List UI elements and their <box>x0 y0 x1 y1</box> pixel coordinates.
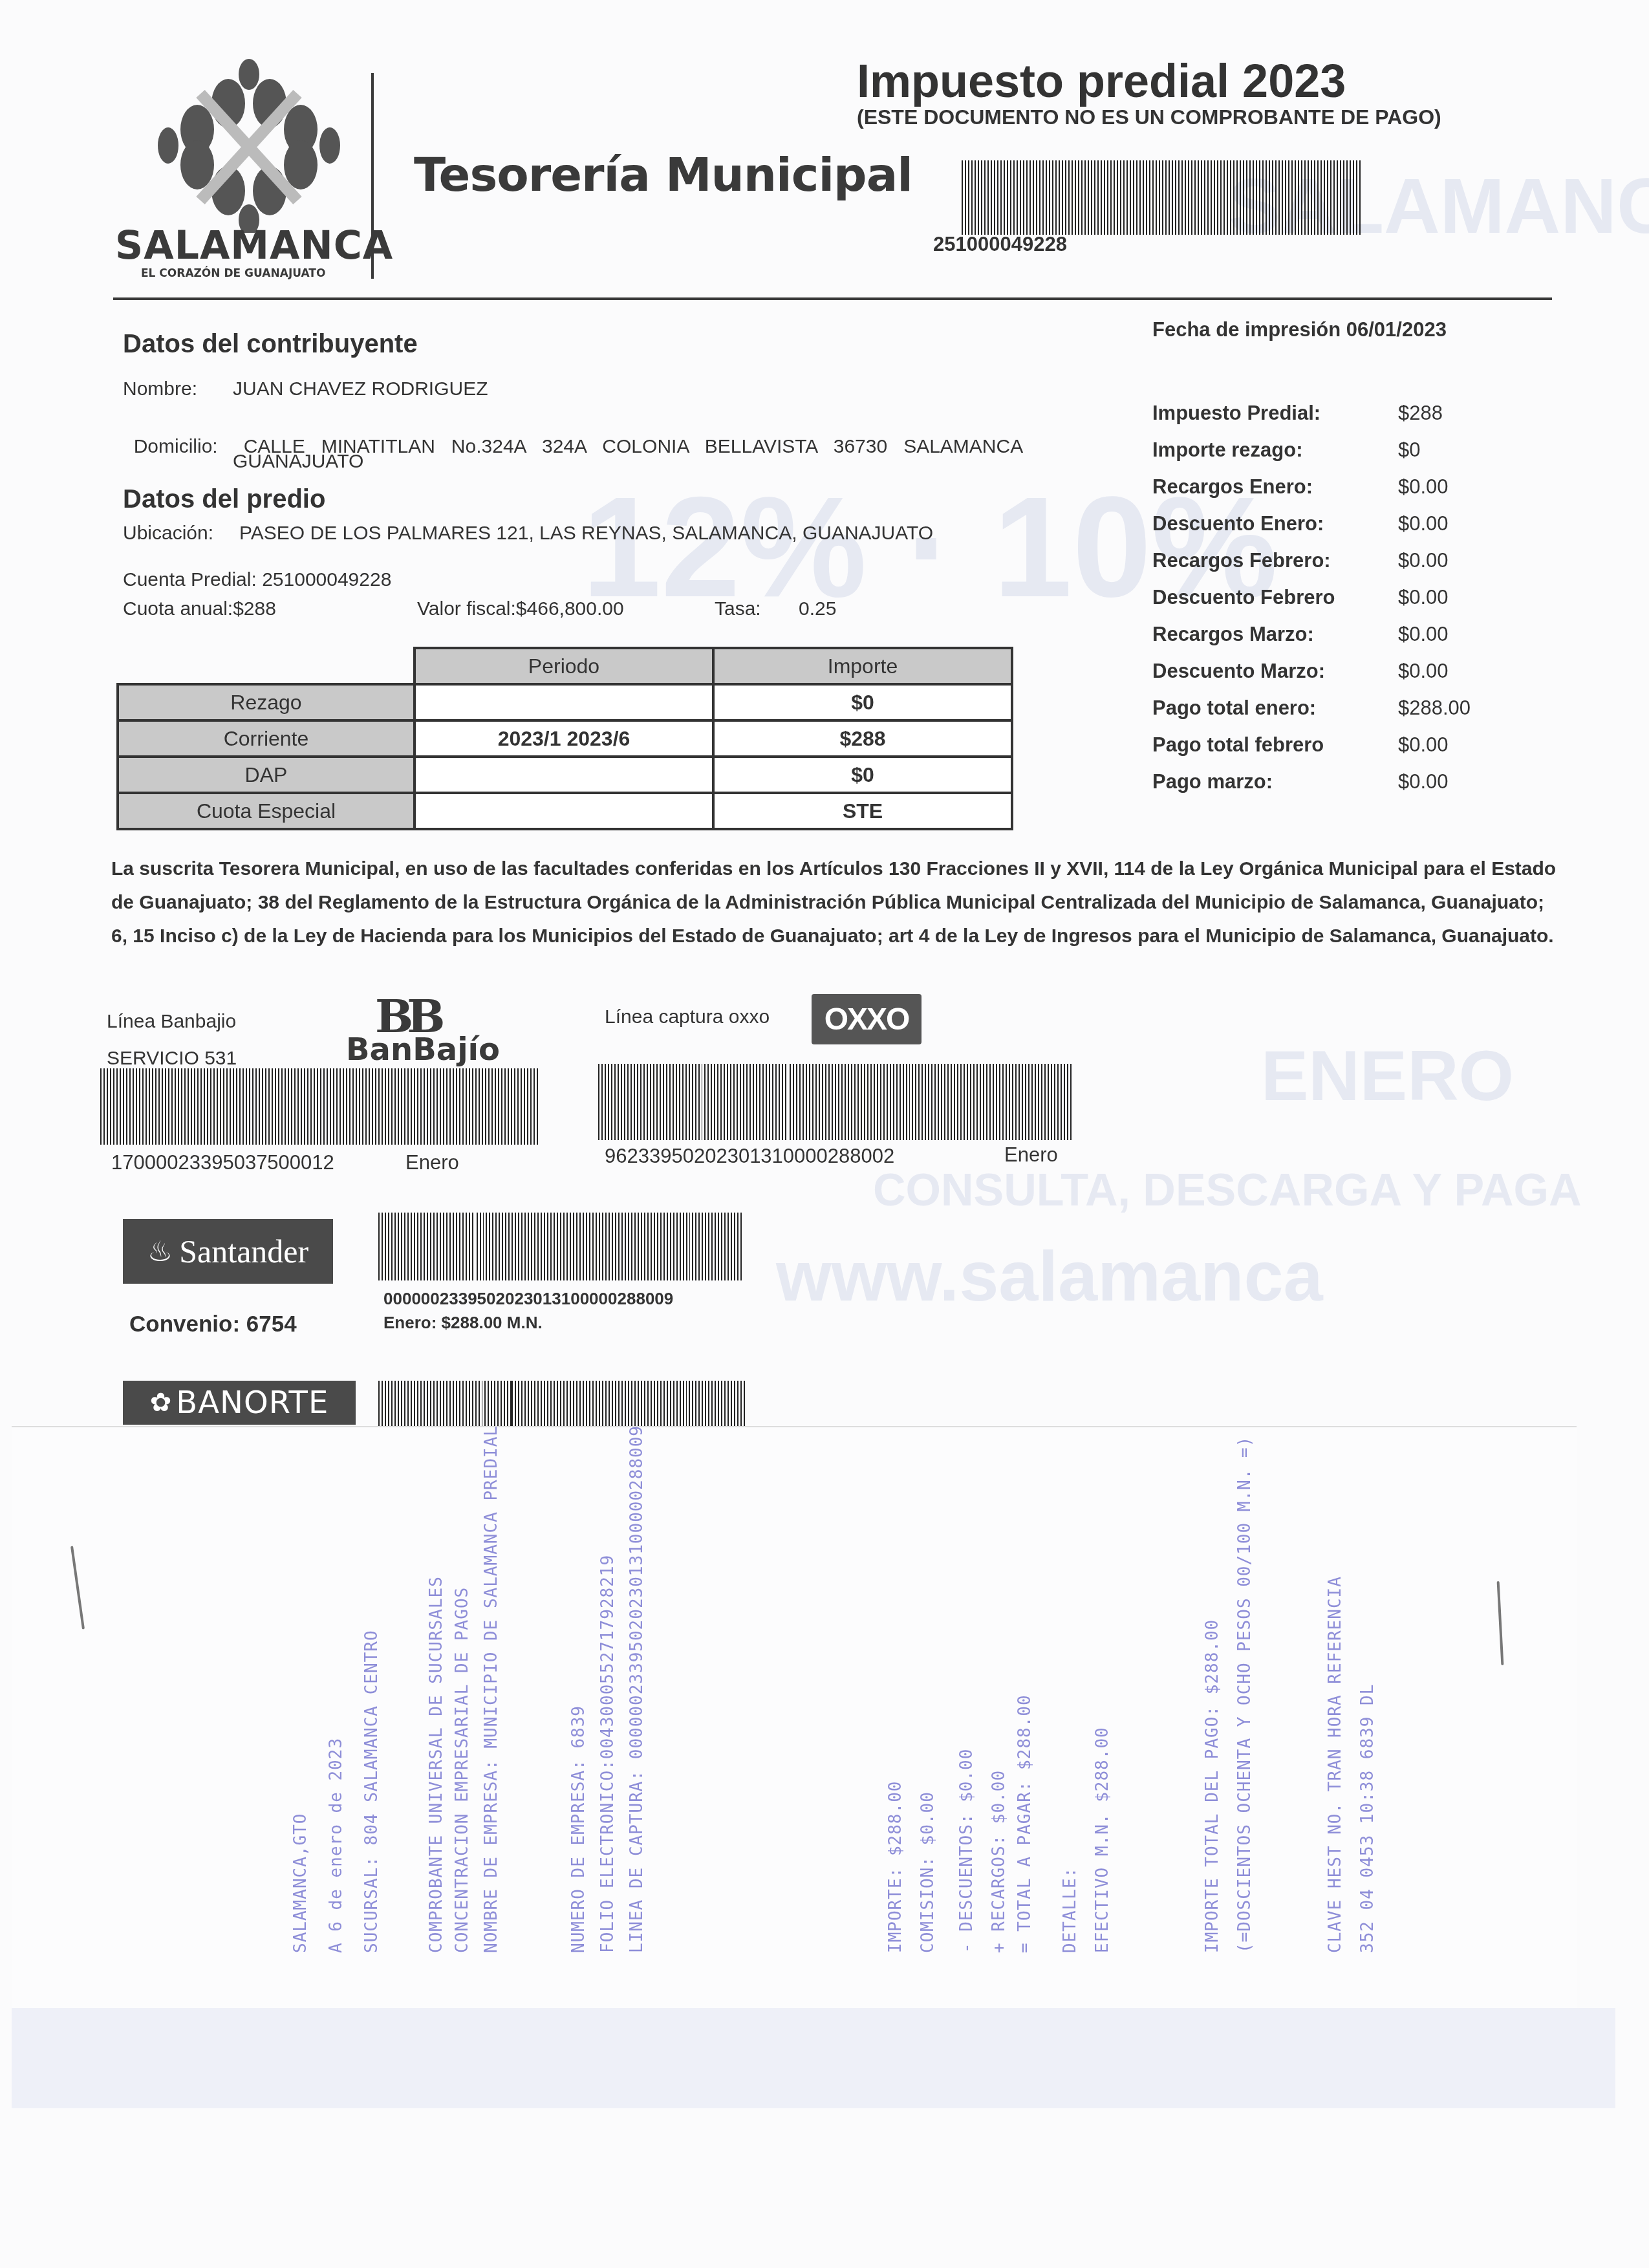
summary-value: $0.00 <box>1398 623 1449 646</box>
taxpayer-name: JUAN CHAVEZ RODRIGUEZ <box>233 378 488 400</box>
row-concept: Rezago <box>118 684 415 720</box>
summary-row: Pago total febrero$0.00 <box>1152 726 1514 763</box>
row-amount: $288 <box>713 720 1012 757</box>
receipt-bottom-band <box>12 2008 1615 2108</box>
row-period <box>415 757 713 793</box>
period-table: Periodo Importe Rezago$0Corriente2023/1 … <box>116 647 1013 830</box>
santander-agreement: Convenio: 6754 <box>129 1312 297 1337</box>
receipt-line: EFECTIVO M.N. $288.00 <box>1093 1727 1112 1953</box>
summary-label: Recargos Enero: <box>1152 475 1398 499</box>
banbajio-month: Enero <box>405 1151 459 1174</box>
oxxo-logo-icon: OXXO <box>812 994 921 1044</box>
summary-value: $0.00 <box>1398 475 1449 499</box>
receipt-line: 352 04 0453 10:38 6839 DL <box>1358 1684 1377 1953</box>
summary-label: Pago total febrero <box>1152 733 1398 757</box>
receipt-line: A 6 de enero de 2023 <box>327 1738 346 1953</box>
document-title: Impuesto predial 2023 <box>857 55 1346 108</box>
summary-row: Descuento Enero:$0.00 <box>1152 505 1514 542</box>
summary-row: Recargos Marzo:$0.00 <box>1152 616 1514 653</box>
receipt-line: SUCURSAL: 804 SALAMANCA CENTRO <box>362 1630 382 1953</box>
receipt-line: - DESCUENTOS: $0.00 <box>957 1749 976 1953</box>
santander-code: 0000002339502023013100000288009 <box>383 1289 673 1309</box>
summary-label: Pago marzo: <box>1152 770 1398 794</box>
row-concept: Corriente <box>118 720 415 757</box>
row-amount: $0 <box>713 684 1012 720</box>
receipt-line: + RECARGOS: $0.00 <box>989 1770 1009 1953</box>
banbajio-barcode <box>100 1068 540 1145</box>
summary-value: $0.00 <box>1398 512 1449 535</box>
rate-value: 0.25 <box>799 598 836 620</box>
summary-value: $0.00 <box>1398 660 1449 683</box>
receipt-line: CLAVE HEST NO. TRAN HORA REFERENCIA <box>1326 1576 1345 1953</box>
logo-tagline: EL CORAZÓN DE GUANAJUATO <box>141 267 325 280</box>
banorte-mark-icon: ✿ <box>150 1388 173 1418</box>
row-concept: Cuota Especial <box>118 793 415 829</box>
summary-label: Pago total enero: <box>1152 697 1398 720</box>
summary-value: $0.00 <box>1398 549 1449 572</box>
fiscal-value-row: Valor fiscal:$466,800.00 <box>417 598 624 620</box>
watermark-month: ENERO <box>1261 1035 1514 1117</box>
summary-value: $0 <box>1398 438 1420 462</box>
summary-label: Descuento Enero: <box>1152 512 1398 535</box>
row-concept: DAP <box>118 757 415 793</box>
summary-value: $288.00 <box>1398 697 1471 720</box>
column-header-amount: Importe <box>713 648 1012 684</box>
santander-wordmark: Santander <box>179 1233 308 1270</box>
header-rule <box>113 297 1552 300</box>
summary-row: Importe rezago:$0 <box>1152 431 1514 468</box>
banbajio-code: 17000023395037500012 <box>111 1151 334 1174</box>
taxpayer-address-label: Domicilio: <box>134 436 244 458</box>
summary-label: Importe rezago: <box>1152 438 1398 462</box>
summary-label: Descuento Marzo: <box>1152 660 1398 683</box>
receipt-line: COMISION: $0.00 <box>918 1791 938 1953</box>
receipt-line: SALAMANCA,GTO <box>291 1813 310 1954</box>
row-amount: STE <box>713 793 1012 829</box>
logo-wordmark: SALAMANCA <box>115 223 393 268</box>
print-date: Fecha de impresión 06/01/2023 <box>1152 318 1447 341</box>
summary-label: Descuento Febrero <box>1152 586 1398 609</box>
summary-row: Pago marzo:$0.00 <box>1152 763 1514 800</box>
row-amount: $0 <box>713 757 1012 793</box>
salamanca-logo-icon <box>139 58 359 233</box>
account-barcode <box>962 160 1363 235</box>
santander-amount: Enero: $288.00 M.N. <box>383 1313 543 1333</box>
property-location-row: Ubicación:PASEO DE LOS PALMARES 121, LAS… <box>123 523 933 545</box>
property-location-label: Ubicación: <box>123 523 239 545</box>
property-section-title: Datos del predio <box>123 485 325 514</box>
fiscal-value-label: Valor fiscal: <box>417 598 516 620</box>
document-disclaimer: (ESTE DOCUMENTO NO ES UN COMPROBANTE DE … <box>857 105 1441 129</box>
payment-summary: Impuesto Predial:$288Importe rezago:$0Re… <box>1152 394 1514 800</box>
period-table-row: Cuota EspecialSTE <box>118 793 1012 829</box>
department-name: Tesorería Municipal <box>414 147 912 202</box>
watermark-online: CONSULTA, DESCARGA Y PAGA <box>873 1164 1581 1216</box>
summary-value: $0.00 <box>1398 586 1449 609</box>
receipt-line: IMPORTE: $288.00 <box>886 1781 905 1953</box>
rate-label: Tasa: <box>715 598 799 620</box>
column-header-period: Periodo <box>415 648 713 684</box>
summary-row: Descuento Febrero$0.00 <box>1152 579 1514 616</box>
santander-logo: ♨ Santander <box>123 1219 333 1284</box>
santander-flame-icon: ♨ <box>147 1235 173 1268</box>
receipt-line: COMPROBANTE UNIVERSAL DE SUCURSALES <box>427 1576 446 1953</box>
row-period <box>415 684 713 720</box>
banbajio-wordmark: BanBajío <box>346 1031 500 1068</box>
receipt-line: = TOTAL A PAGAR: $288.00 <box>1015 1694 1035 1953</box>
oxxo-code: 96233950202301310000288002 <box>605 1145 894 1168</box>
receipt-line: DETALLE: <box>1061 1867 1080 1953</box>
print-date-value: 06/01/2023 <box>1346 318 1447 341</box>
summary-value: $0.00 <box>1398 733 1449 757</box>
summary-row: Recargos Enero:$0.00 <box>1152 468 1514 505</box>
summary-row: Descuento Marzo:$0.00 <box>1152 653 1514 689</box>
header-divider <box>371 73 374 279</box>
oxxo-month: Enero <box>1004 1143 1058 1167</box>
receipt-line: NUMERO DE EMPRESA: 6839 <box>569 1705 588 1953</box>
taxpayer-name-label: Nombre: <box>123 378 233 400</box>
taxpayer-address-line2: GUANAJUATO <box>233 451 363 473</box>
watermark-url: www.salamanca <box>776 1235 1323 1317</box>
banorte-wordmark: BANORTE <box>176 1385 329 1421</box>
print-date-label: Fecha de impresión <box>1152 318 1341 341</box>
santander-barcode <box>378 1213 744 1280</box>
taxpayer-section-title: Datos del contribuyente <box>123 330 418 359</box>
row-period <box>415 793 713 829</box>
summary-label: Recargos Febrero: <box>1152 549 1398 572</box>
period-table-row: Corriente2023/1 2023/6$288 <box>118 720 1012 757</box>
property-account-label: Cuenta Predial: <box>123 569 257 590</box>
summary-label: Recargos Marzo: <box>1152 623 1398 646</box>
annual-fee-label: Cuota anual: <box>123 598 233 620</box>
receipt-line: LINEA DE CAPTURA: 0000002339502023013100… <box>627 1425 647 1953</box>
banbajio-label: Línea Banbajio <box>107 1011 236 1033</box>
receipt-line: NOMBRE DE EMPRESA: MUNICIPIO DE SALAMANC… <box>482 1425 501 1953</box>
property-location: PASEO DE LOS PALMARES 121, LAS REYNAS, S… <box>239 523 933 544</box>
receipt-line: FOLIO ELECTRONICO:0043000552717928219 <box>598 1555 618 1953</box>
property-account-row: Cuenta Predial: 251000049228 <box>123 569 391 591</box>
fiscal-value: $466,800.00 <box>516 598 624 620</box>
summary-value: $288 <box>1398 402 1443 425</box>
receipt-line: (=DOSCIENTOS OCHENTA Y OCHO PESOS 00/100… <box>1235 1436 1255 1953</box>
summary-row: Recargos Febrero:$0.00 <box>1152 542 1514 579</box>
banbajio-service: SERVICIO 531 <box>107 1048 237 1070</box>
legal-notice: La suscrita Tesorera Municipal, en uso d… <box>111 852 1560 953</box>
period-table-row: Rezago$0 <box>118 684 1012 720</box>
summary-label: Impuesto Predial: <box>1152 402 1398 425</box>
banorte-logo: ✿ BANORTE <box>123 1381 356 1425</box>
property-account: 251000049228 <box>262 569 391 590</box>
row-period: 2023/1 2023/6 <box>415 720 713 757</box>
period-table-header: Periodo Importe <box>118 648 1012 684</box>
account-barcode-number: 251000049228 <box>933 233 1067 256</box>
receipt-line: CONCENTRACION EMPRESARIAL DE PAGOS <box>453 1587 472 1953</box>
summary-row: Pago total enero:$288.00 <box>1152 689 1514 726</box>
annual-fee: $288 <box>233 598 276 620</box>
summary-value: $0.00 <box>1398 770 1449 794</box>
period-table-row: DAP$0 <box>118 757 1012 793</box>
annual-fee-row: Cuota anual:$288 <box>123 598 276 620</box>
receipt-line: IMPORTE TOTAL DEL PAGO: $288.00 <box>1203 1619 1222 1953</box>
rate-row: Tasa:0.25 <box>715 598 836 620</box>
summary-row: Impuesto Predial:$288 <box>1152 394 1514 431</box>
taxpayer-name-row: Nombre:JUAN CHAVEZ RODRIGUEZ <box>123 378 488 400</box>
oxxo-label: Línea captura oxxo <box>605 1006 770 1028</box>
oxxo-barcode <box>598 1064 1073 1140</box>
